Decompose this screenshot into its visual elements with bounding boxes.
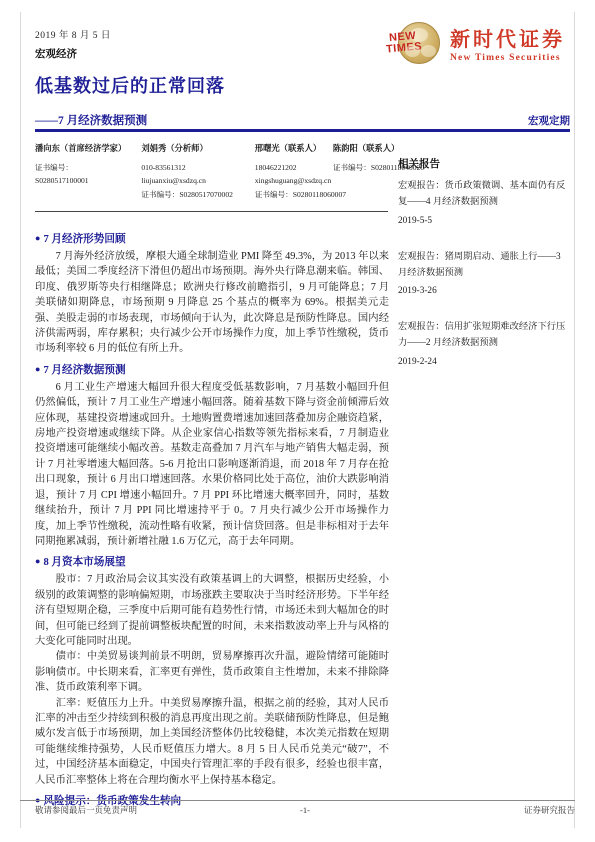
report-type-label: 宏观定期 [528,113,570,128]
logo-text-times: TIMES [386,40,423,55]
body-paragraph: 股市：7 月政治局会议其实没有政策基调上的大调整，根据历史经验，小级别的政策调整… [35,572,389,649]
related-report-item: 宏观报告：信用扩张短期难改经济下行压力——2 月经济数据预测2019-2-24 [398,319,570,367]
analyst-detail: 证书编号：S0280118040020 [333,161,400,174]
related-report-title: 宏观报告：货币政策微调、基本面仍有反复——4 月经济数据预测 [398,178,570,211]
analyst-card: 刘娟秀（分析师）010-83561312liujuanxiu@xsdzq.cn证… [141,142,250,203]
report-kind-label: 证券研究报告 [355,804,575,816]
analyst-name: 陈韵阳（联系人） [333,142,400,156]
related-reports-list: 宏观报告：货币政策微调、基本面仍有反复——4 月经济数据预测2019-5-5宏观… [398,178,570,367]
related-report-item: 宏观报告：货币政策微调、基本面仍有反复——4 月经济数据预测2019-5-5 [398,178,570,226]
body-paragraph: 汇率：贬值压力上升。中美贸易摩擦升温，根据之前的经验，其对人民币汇率的冲击至少持… [35,696,389,788]
page-border-right [574,12,575,828]
report-date: 2019 年 8 月 5 日 [35,27,111,41]
report-body: ●7 月经济形势回顾7 月海外经济放缓，摩根大通全球制造业 PMI 降至 49.… [35,226,389,811]
related-reports-sidebar: 相关报告 宏观报告：货币政策微调、基本面仍有反复——4 月经济数据预测2019-… [398,156,570,390]
related-report-item: 宏观报告：猪周期启动、通胀上行——3 月经济数据预测2019-3-26 [398,249,570,297]
related-report-title: 宏观报告：猪周期启动、通胀上行——3 月经济数据预测 [398,249,570,282]
body-paragraph: 7 月海外经济放缓，摩根大通全球制造业 PMI 降至 49.3%，为 2013 … [35,249,389,357]
analyst-name: 邢曙光（联系人） [255,142,329,156]
subtitle-row: ——7 月经济数据预测 宏观定期 [35,112,570,128]
related-report-date: 2019-3-26 [398,286,570,296]
report-title: 低基数过后的正常回落 [35,72,225,98]
body-paragraph: 6 月工业生产增速大幅回升很大程度受低基数影响，7 月基数小幅回升但仍然偏低，预… [35,380,389,549]
brand-name-cn: 新时代证券 [450,23,565,52]
page-number: -1- [255,805,355,815]
analyst-detail: 证书编号：S0280118060007 [255,188,329,201]
analyst-detail: 证书编号： [35,161,137,174]
related-report-date: 2019-2-24 [398,357,570,367]
analyst-detail: 证书编号：S0280517070002 [141,188,250,201]
page-footer: 敬请参阅最后一页免责声明 -1- 证券研究报告 [20,804,575,816]
analyst-card: 陈韵阳（联系人）证书编号：S0280118040020 [333,142,400,203]
header-divider [35,129,570,132]
report-subtitle: ——7 月经济数据预测 [35,112,147,128]
related-reports-heading: 相关报告 [398,156,570,171]
section-heading: ●8 月资本市场展望 [35,554,389,569]
analyst-detail: 010-83561312 [141,161,250,174]
footer-divider [20,800,575,801]
report-category: 宏观经济 [35,46,77,61]
bullet-icon: ● [35,556,40,566]
page-border-left [20,12,21,828]
analyst-block: 潘向东（首席经济学家）证书编号：S0280517100001刘娟秀（分析师）01… [35,142,388,212]
brand-name-en: New Times Securities [450,53,565,63]
analyst-card: 邢曙光（联系人）18046221202xingshuguang@xsdzq.cn… [255,142,329,203]
body-paragraph: 债市：中美贸易谈判前景不明朗，贸易摩擦再次升温，避险情绪可能随时影响债市。中长期… [35,649,389,695]
analyst-name: 刘娟秀（分析师） [141,142,250,156]
bullet-icon: ● [35,364,40,374]
analyst-detail: S0280517100001 [35,174,137,187]
related-report-date: 2019-5-5 [398,216,570,226]
section-heading: ●7 月经济数据预测 [35,362,389,377]
section-title: 7 月经济形势回顾 [43,234,125,245]
bullet-icon: ● [35,233,40,243]
report-page: 2019 年 8 月 5 日 宏观经济 NEW TIMES 新时代证券 New … [0,0,595,842]
brand-names: 新时代证券 New Times Securities [450,23,565,63]
analyst-detail: 18046221202 [255,161,329,174]
analyst-detail: xingshuguang@xsdzq.cn [255,174,329,187]
section-title: 7 月经济数据预测 [43,365,125,376]
disclaimer-note: 敬请参阅最后一页免责声明 [35,804,255,816]
section-title: 8 月资本市场展望 [43,557,125,568]
analyst-name: 潘向东（首席经济学家） [35,142,137,156]
related-report-title: 宏观报告：信用扩张短期难改经济下行压力——2 月经济数据预测 [398,319,570,352]
brand-logo: NEW TIMES 新时代证券 New Times Securities [398,22,565,64]
analyst-card: 潘向东（首席经济学家）证书编号：S0280517100001 [35,142,137,203]
analyst-detail: liujuanxiu@xsdzq.cn [141,174,250,187]
section-heading: ●7 月经济形势回顾 [35,231,389,246]
new-times-coin-icon: NEW TIMES [398,22,440,64]
